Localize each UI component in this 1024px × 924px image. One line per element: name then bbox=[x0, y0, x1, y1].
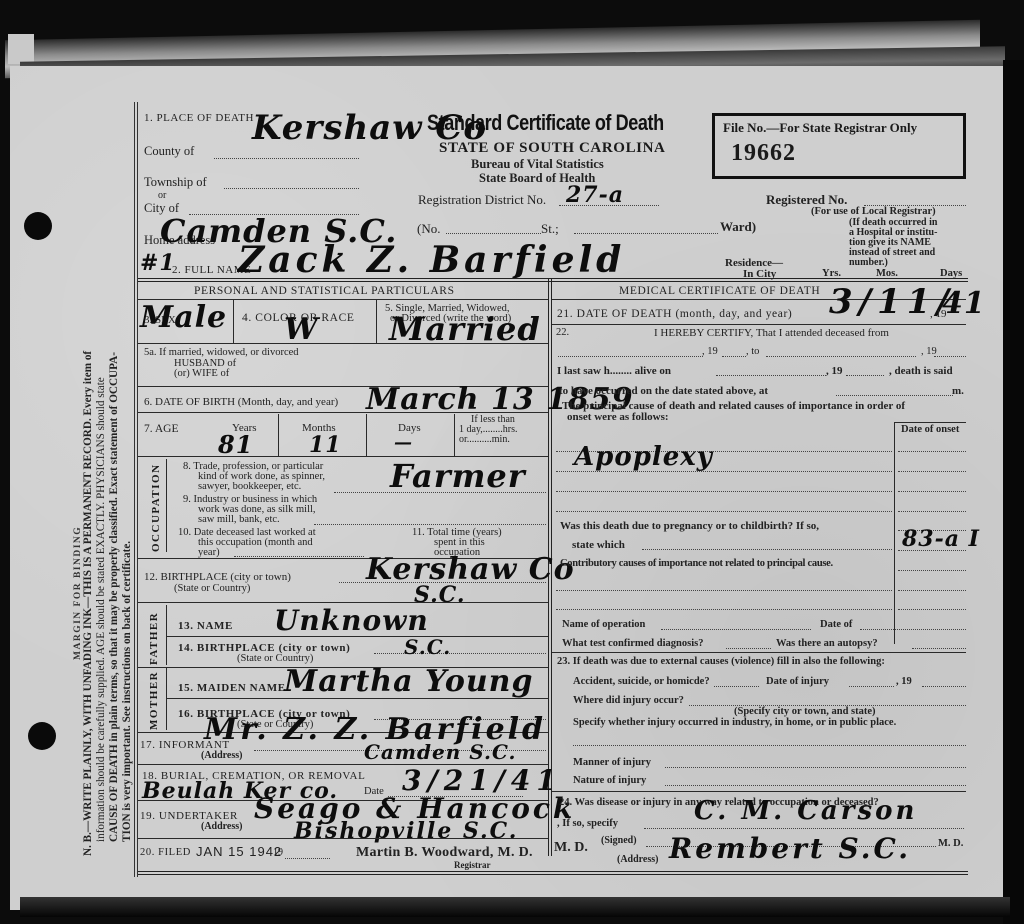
signed-physician-value: C. M. Carson bbox=[694, 796, 917, 826]
age-years-value: 81 bbox=[218, 430, 253, 459]
rule bbox=[138, 838, 548, 839]
margin-line: TION is very important. See instructions… bbox=[121, 76, 134, 856]
dotted-line bbox=[234, 556, 364, 557]
attended-to-label: , to bbox=[746, 346, 759, 357]
rule bbox=[166, 668, 167, 730]
mother-side-label: MOTHER bbox=[148, 671, 160, 730]
less-than-day-3: or..........min. bbox=[459, 434, 510, 445]
certify-number: 22. bbox=[556, 327, 569, 338]
registrar-md-suffix: M. D. bbox=[554, 840, 588, 856]
dotted-line bbox=[898, 570, 966, 571]
full-name-prefix-mark: #1 bbox=[140, 250, 176, 276]
father-birthplace-value: S.C. bbox=[404, 635, 451, 659]
rule bbox=[552, 324, 966, 325]
mother-maiden-value: Martha Young bbox=[284, 664, 533, 699]
death-certificate-form: Standard Certificate of Death STATE OF S… bbox=[134, 102, 972, 877]
margin-instructions: N. B.—WRITE PLAINLY, WITH UNFADING INK—T… bbox=[82, 76, 134, 856]
form-left-border bbox=[134, 102, 138, 877]
dotted-line bbox=[836, 395, 953, 396]
dotted-line bbox=[898, 609, 966, 610]
industry-label-3: saw mill, bank, etc. bbox=[198, 515, 280, 525]
margin-line: information should be carefully supplied… bbox=[95, 76, 108, 856]
father-side-label: FATHER bbox=[148, 612, 160, 665]
injury-19: , 19 bbox=[896, 676, 912, 687]
dotted-line bbox=[374, 653, 546, 654]
street-label: St.; bbox=[541, 221, 559, 237]
dotted-line bbox=[314, 524, 546, 525]
undertaker-address-label: (Address) bbox=[201, 821, 242, 832]
occurred-m-label: m. bbox=[952, 385, 964, 397]
dotted-line bbox=[224, 188, 359, 189]
contributory-label: Contributory causes of importance not re… bbox=[560, 558, 833, 569]
trade-value: Farmer bbox=[390, 457, 526, 495]
dotted-line bbox=[714, 686, 759, 687]
dotted-line bbox=[860, 629, 966, 630]
sex-value: Male bbox=[140, 300, 227, 335]
father-name-label: 13. NAME bbox=[178, 620, 233, 632]
dotted-line bbox=[556, 511, 892, 512]
birthplace-sublabel: (State or Country) bbox=[174, 583, 250, 594]
onset-column-divider bbox=[894, 422, 895, 644]
age-months-value: 11 bbox=[309, 432, 342, 458]
dotted-line bbox=[661, 629, 811, 630]
local-registrar-note: (For use of Local Registrar) bbox=[811, 206, 936, 217]
certify-text: I HEREBY CERTIFY, That I attended deceas… bbox=[654, 327, 889, 339]
birthplace-label: 12. BIRTHPLACE (city or town) bbox=[144, 571, 291, 583]
personal-section-title: PERSONAL AND STATISTICAL PARTICULARS bbox=[194, 285, 455, 297]
rule bbox=[138, 412, 548, 413]
rule bbox=[376, 299, 377, 343]
dotted-line bbox=[898, 451, 966, 452]
street-no-label: (No. bbox=[417, 221, 440, 237]
dob-label: 6. DATE OF BIRTH (Month, day, and year) bbox=[144, 396, 338, 408]
signed-label: (Signed) bbox=[601, 835, 637, 846]
rule bbox=[166, 698, 548, 699]
dotted-line bbox=[898, 491, 966, 492]
trade-label-3: sawyer, bookkeeper, etc. bbox=[198, 482, 301, 492]
dotted-line bbox=[285, 858, 330, 859]
spouse-label-3: (or) WIFE of bbox=[174, 368, 229, 379]
rule bbox=[233, 299, 234, 343]
last-saw-label: I last saw h........ alive on bbox=[557, 365, 671, 377]
pregnancy-label-2: state which bbox=[572, 539, 625, 551]
dotted-line bbox=[644, 828, 964, 829]
accident-label: Accident, suicide, or homicde? bbox=[573, 676, 710, 687]
age-label: 7. AGE bbox=[144, 423, 179, 435]
dotted-line bbox=[556, 590, 892, 591]
rule bbox=[166, 636, 548, 637]
autopsy-label: Was there an autopsy? bbox=[776, 638, 878, 649]
dotted-line bbox=[849, 686, 894, 687]
margin-line: N. B.—WRITE PLAINLY, WITH UNFADING INK—T… bbox=[82, 76, 95, 856]
rule bbox=[138, 602, 548, 603]
dotted-line bbox=[556, 609, 892, 610]
punch-hole-bottom bbox=[28, 722, 56, 750]
spouse-label-1: 5a. If married, widowed, or divorced bbox=[144, 347, 299, 358]
informant-address-label: (Address) bbox=[201, 750, 242, 761]
injury-date-label: Date of injury bbox=[766, 676, 829, 687]
dotted-line bbox=[898, 471, 966, 472]
scan-background-strip bbox=[8, 34, 34, 64]
registrar-label: Registrar bbox=[454, 860, 490, 870]
rule bbox=[894, 422, 966, 423]
filed-label: 20. FILED bbox=[140, 847, 191, 858]
medical-section-title: MEDICAL CERTIFICATE OF DEATH bbox=[619, 285, 820, 297]
filed-year-suffix: 19 bbox=[273, 847, 283, 858]
dotted-line bbox=[912, 648, 966, 649]
registration-district-label: Registration District No. bbox=[418, 192, 546, 208]
injury-location-label: Where did injury occur? bbox=[573, 695, 684, 706]
date-of-death-year: 41 bbox=[942, 286, 986, 321]
occurred-label: to have occurred on the date stated abov… bbox=[559, 385, 768, 397]
mother-maiden-label: 15. MAIDEN NAME bbox=[178, 682, 286, 694]
dotted-line bbox=[898, 590, 966, 591]
rule bbox=[552, 652, 966, 653]
nature-of-injury-label: Nature of injury bbox=[573, 775, 646, 786]
scan-bottom-edge bbox=[20, 897, 1010, 917]
place-of-death-label: 1. PLACE OF DEATH bbox=[144, 112, 254, 124]
test-label: What test confirmed diagnosis? bbox=[562, 638, 703, 649]
file-number: 19662 bbox=[731, 140, 796, 167]
file-box-label: File No.—For State Registrar Only bbox=[723, 120, 917, 136]
rule bbox=[278, 414, 279, 456]
rule bbox=[138, 343, 548, 344]
county-value: Kershaw Co bbox=[252, 108, 487, 148]
injury-location-sublabel: (Specify city or town, and state) bbox=[734, 706, 876, 717]
last-saw-19: , 19 bbox=[826, 365, 843, 377]
classification-code: 83-a I bbox=[902, 526, 980, 552]
md-label: M. D. bbox=[938, 838, 963, 849]
dotted-line bbox=[574, 233, 718, 234]
dotted-line bbox=[898, 511, 966, 512]
registrar-name: Martin B. Woodward, M. D. bbox=[356, 845, 533, 861]
birthplace-city-value: Kershaw Co bbox=[366, 552, 575, 587]
principal-cause-label-2: onset were as follows: bbox=[567, 411, 669, 423]
dotted-line bbox=[766, 356, 916, 357]
pregnancy-label-1: Was this death due to pregnancy or to ch… bbox=[560, 520, 819, 532]
last-worked-label-3: year) bbox=[198, 548, 220, 558]
rule bbox=[552, 791, 966, 792]
ward-label: Ward) bbox=[720, 219, 756, 235]
dotted-line bbox=[556, 491, 892, 492]
occupation-side-label: OCCUPATION bbox=[150, 463, 162, 552]
dotted-line bbox=[934, 356, 966, 357]
dotted-line bbox=[922, 686, 966, 687]
manner-of-injury-label: Manner of injury bbox=[573, 757, 651, 768]
dotted-line bbox=[665, 767, 966, 768]
date-of-onset-label: Date of onset bbox=[901, 424, 959, 435]
dotted-line bbox=[573, 745, 966, 746]
date-of-death-label: 21. DATE OF DEATH (month, day, and year) bbox=[557, 308, 792, 320]
rule bbox=[454, 414, 455, 456]
filed-date-stamp: JAN 15 1942 bbox=[196, 844, 282, 859]
father-name-value: Unknown bbox=[274, 604, 429, 637]
age-days-value: — bbox=[394, 432, 413, 453]
dotted-line bbox=[846, 375, 884, 376]
dotted-line bbox=[726, 648, 771, 649]
race-value: W bbox=[284, 312, 319, 347]
dotted-line bbox=[665, 785, 966, 786]
dotted-line bbox=[642, 549, 892, 550]
rule bbox=[166, 605, 167, 665]
rule bbox=[166, 459, 167, 552]
operation-date-label: Date of bbox=[820, 619, 852, 630]
scan-right-edge bbox=[1003, 60, 1024, 924]
undertaker-address-value: Bishopville S.C. bbox=[294, 818, 518, 844]
margin-line: CAUSE OF DEATH in plain terms, so that i… bbox=[108, 76, 121, 856]
dotted-line bbox=[898, 550, 966, 551]
or-label: or bbox=[158, 190, 166, 201]
dotted-line bbox=[558, 356, 703, 357]
death-said-label: , death is said bbox=[889, 365, 953, 377]
state-file-box: File No.—For State Registrar Only 19662 bbox=[712, 113, 966, 179]
cause-of-death-value: Apoplexy bbox=[574, 442, 713, 472]
physician-address-value: Rembert S.C. bbox=[669, 832, 911, 865]
registration-district-value: 27-a bbox=[566, 182, 624, 208]
hospital-note-5: number.) bbox=[849, 258, 888, 268]
external-causes-label: 23. If death was due to external causes … bbox=[557, 656, 885, 667]
full-name-value: Zack Z. Barfield bbox=[238, 239, 625, 281]
injury-place-type-label: Specify whether injury occurred in indus… bbox=[573, 717, 896, 728]
father-birthplace-sublabel: (State or Country) bbox=[237, 653, 313, 664]
rule bbox=[366, 414, 367, 456]
dotted-line bbox=[716, 375, 826, 376]
operation-label: Name of operation bbox=[562, 619, 645, 630]
dotted-line bbox=[446, 233, 541, 234]
informant-address-value: Camden S.C. bbox=[364, 740, 516, 764]
attended-19-a: , 19 bbox=[702, 346, 718, 357]
dotted-line bbox=[556, 471, 892, 472]
physician-address-label: (Address) bbox=[617, 854, 658, 865]
bottom-divider bbox=[138, 871, 968, 875]
bureau-label: Bureau of Vital Statistics bbox=[471, 157, 604, 172]
dotted-line bbox=[722, 356, 746, 357]
if-so-specify-label: , If so, specify bbox=[557, 818, 618, 829]
township-label: Township of bbox=[144, 175, 207, 190]
punch-hole-top bbox=[24, 212, 52, 240]
county-label: County of bbox=[144, 144, 194, 159]
dotted-line bbox=[214, 158, 359, 159]
